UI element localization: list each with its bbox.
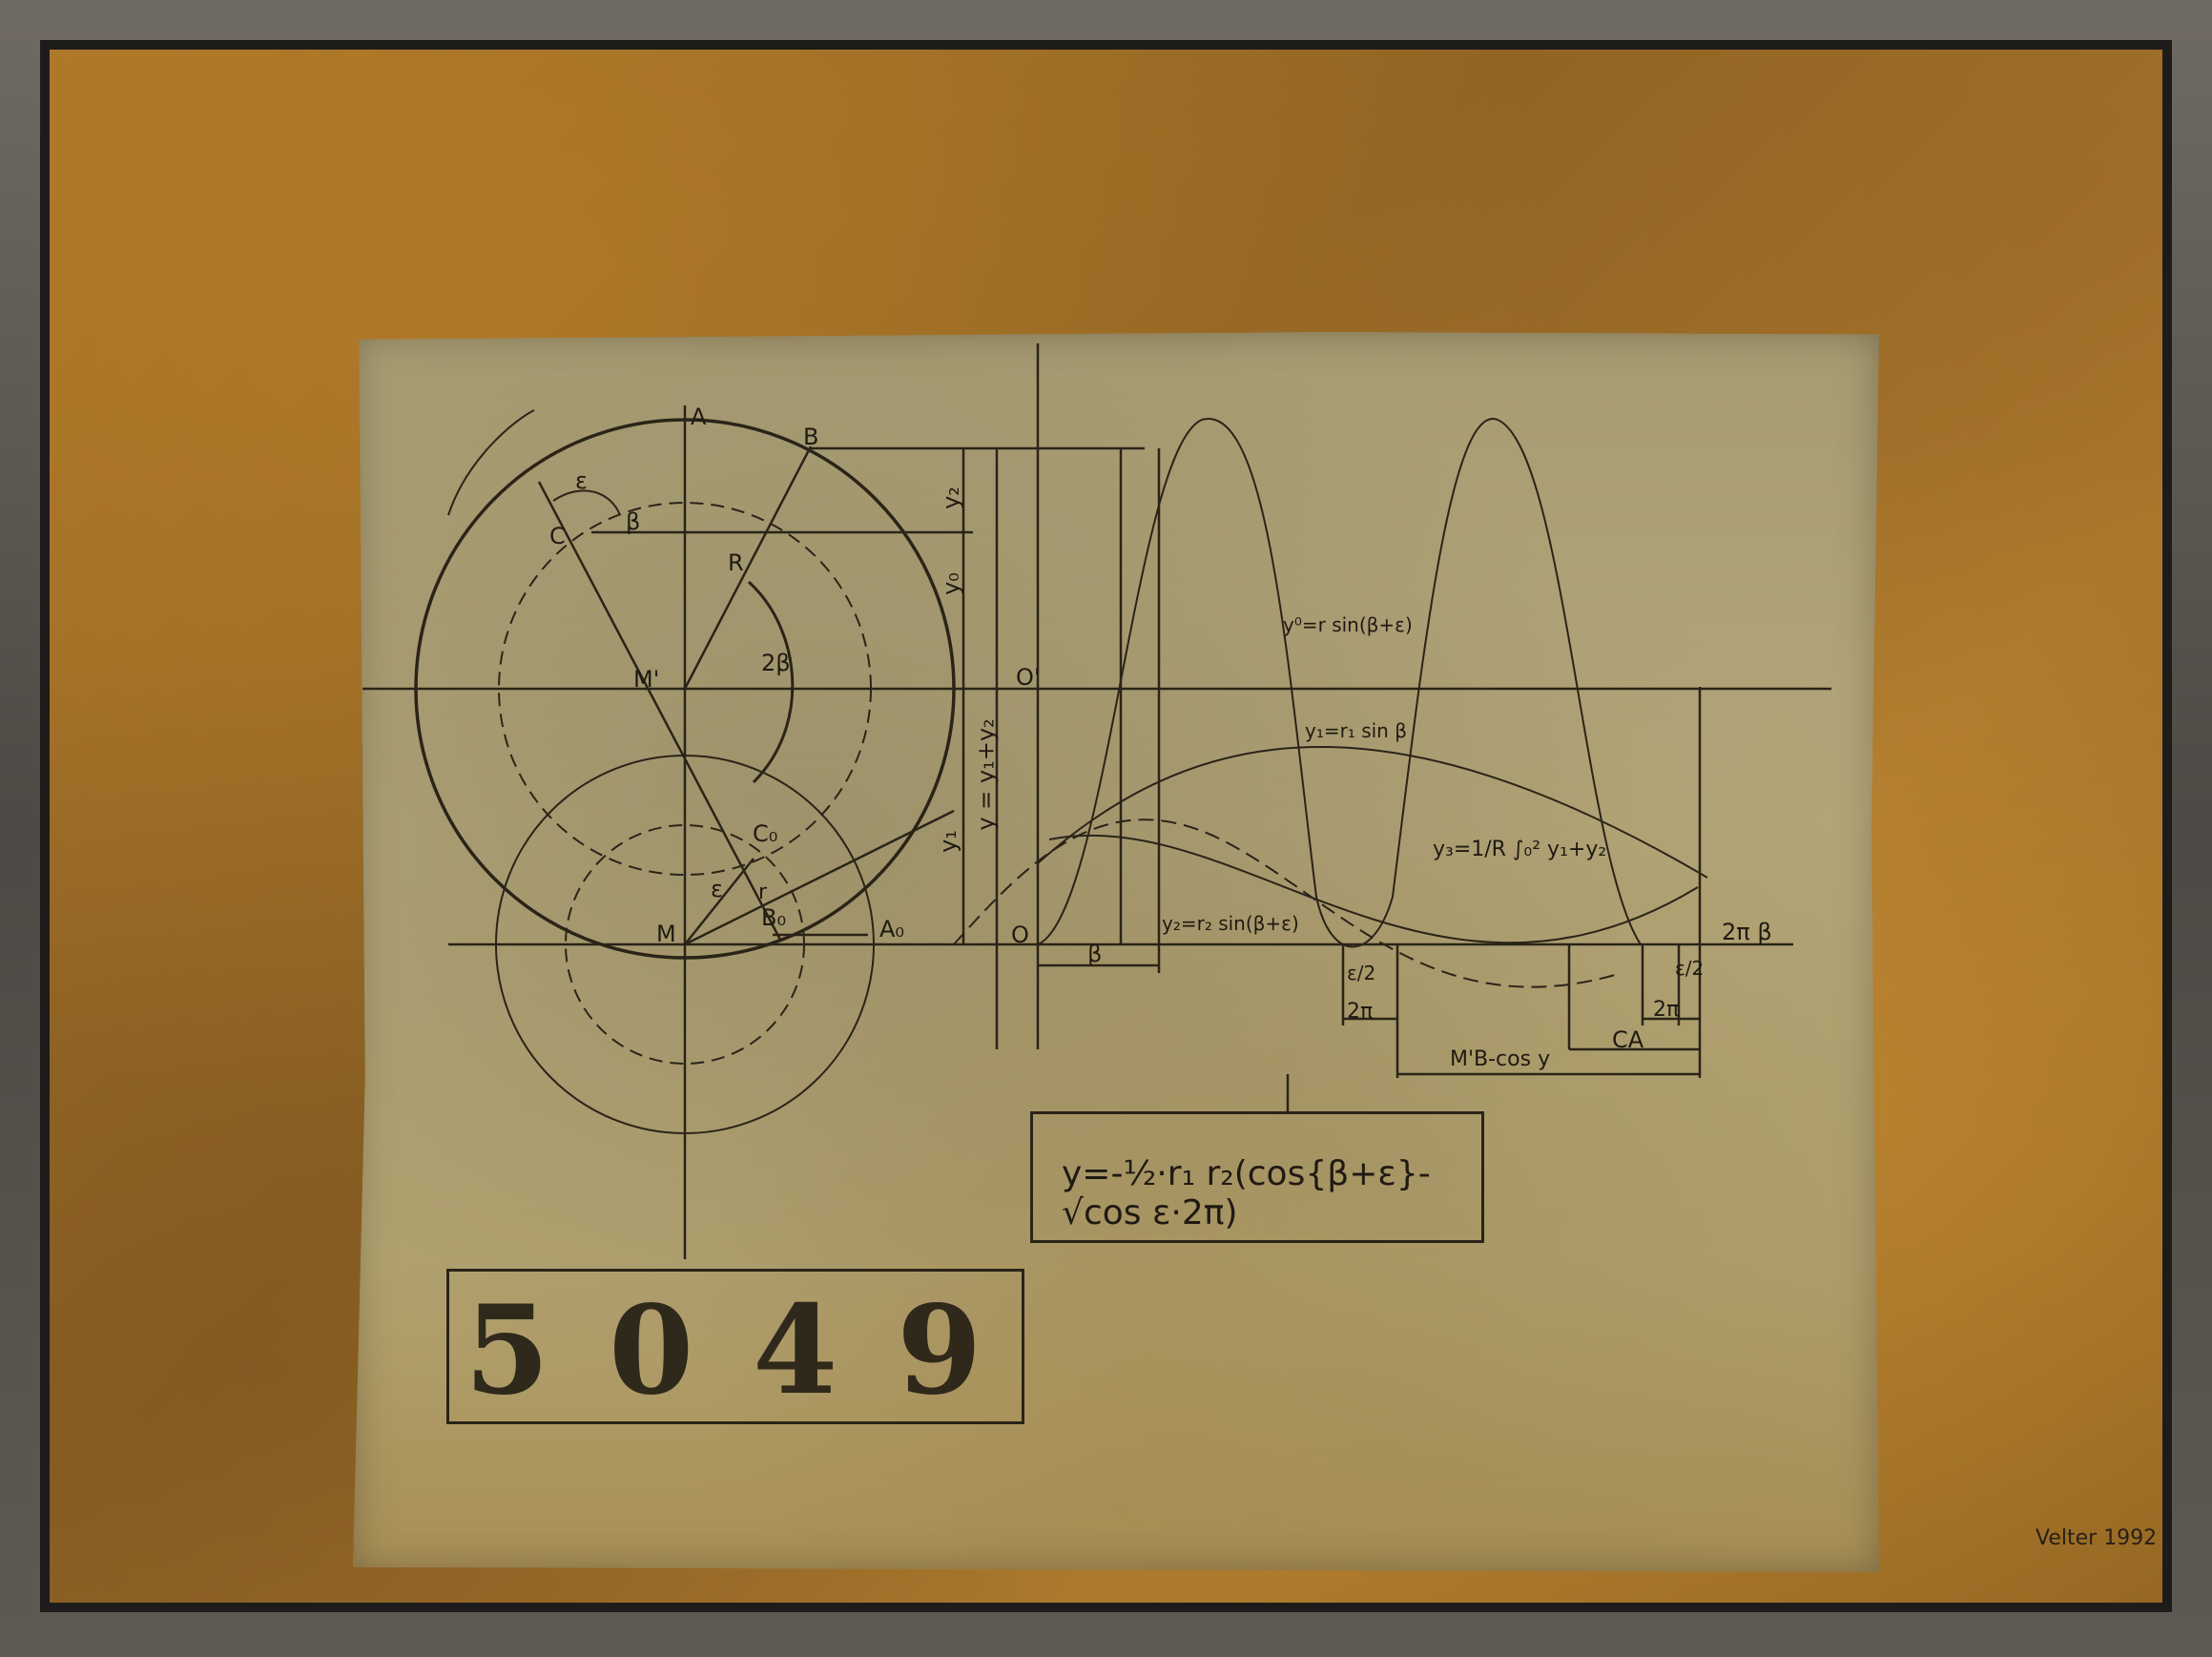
main-formula-box: y=-½·r₁ r₂(cos{β+ε}-√cos ε·2π) [1030, 1111, 1484, 1243]
label-A0: A₀ [879, 918, 904, 941]
label-r: r [758, 882, 767, 903]
label-C0: C₀ [753, 822, 777, 845]
stencil-number-box: 5049 [446, 1269, 1024, 1424]
formula-y1: y₁=r₁ sin β [1305, 721, 1407, 740]
label-epsilon-top: ε [575, 469, 588, 492]
label-C: C [549, 525, 566, 548]
label-y0-axis: y₀ [940, 572, 962, 595]
formula-y0: y⁰=r sin(β+ε) [1283, 615, 1413, 634]
geometric-drawing [0, 0, 2212, 1657]
label-beta-top: β [626, 510, 640, 533]
label-2beta: 2β [761, 652, 791, 674]
label-2pi-left: 2π [1347, 1002, 1373, 1023]
artist-signature: Velter 1992 [2036, 1526, 2157, 1550]
label-O-prime: O' [1016, 666, 1041, 689]
label-2pi-right: 2π [1653, 1000, 1679, 1021]
label-y-sum: y = y₁+y₂ [975, 718, 998, 830]
label-CA: CA [1612, 1028, 1643, 1051]
main-formula: y=-½·r₁ r₂(cos{β+ε}-√cos ε·2π) [1062, 1154, 1481, 1232]
label-y1-axis: y₁ [937, 830, 960, 853]
formula-y2: y₂=r₂ sin(β+ε) [1162, 914, 1299, 933]
label-O: O [1011, 923, 1029, 946]
stencil-number: 5049 [465, 1279, 1041, 1422]
label-M: M [656, 922, 676, 945]
label-eps-half-right: ε/2 [1675, 959, 1704, 978]
label-eps-half-left: ε/2 [1347, 963, 1375, 983]
label-2pi-beta: 2π β [1722, 921, 1772, 943]
formula-y3: y₃=1/R ∫₀² y₁+y₂ [1433, 839, 1606, 860]
label-B0: B₀ [761, 906, 786, 929]
label-M-prime: M' [633, 668, 659, 691]
label-y2-axis: y₂ [940, 487, 962, 509]
label-B: B [803, 425, 818, 448]
label-A: A [691, 405, 706, 428]
label-R: R [728, 551, 744, 574]
label-MB-cos: M'B-cos y [1450, 1049, 1550, 1070]
label-epsilon-bottom: ε [711, 878, 723, 901]
label-beta-dim: β [1087, 942, 1102, 965]
